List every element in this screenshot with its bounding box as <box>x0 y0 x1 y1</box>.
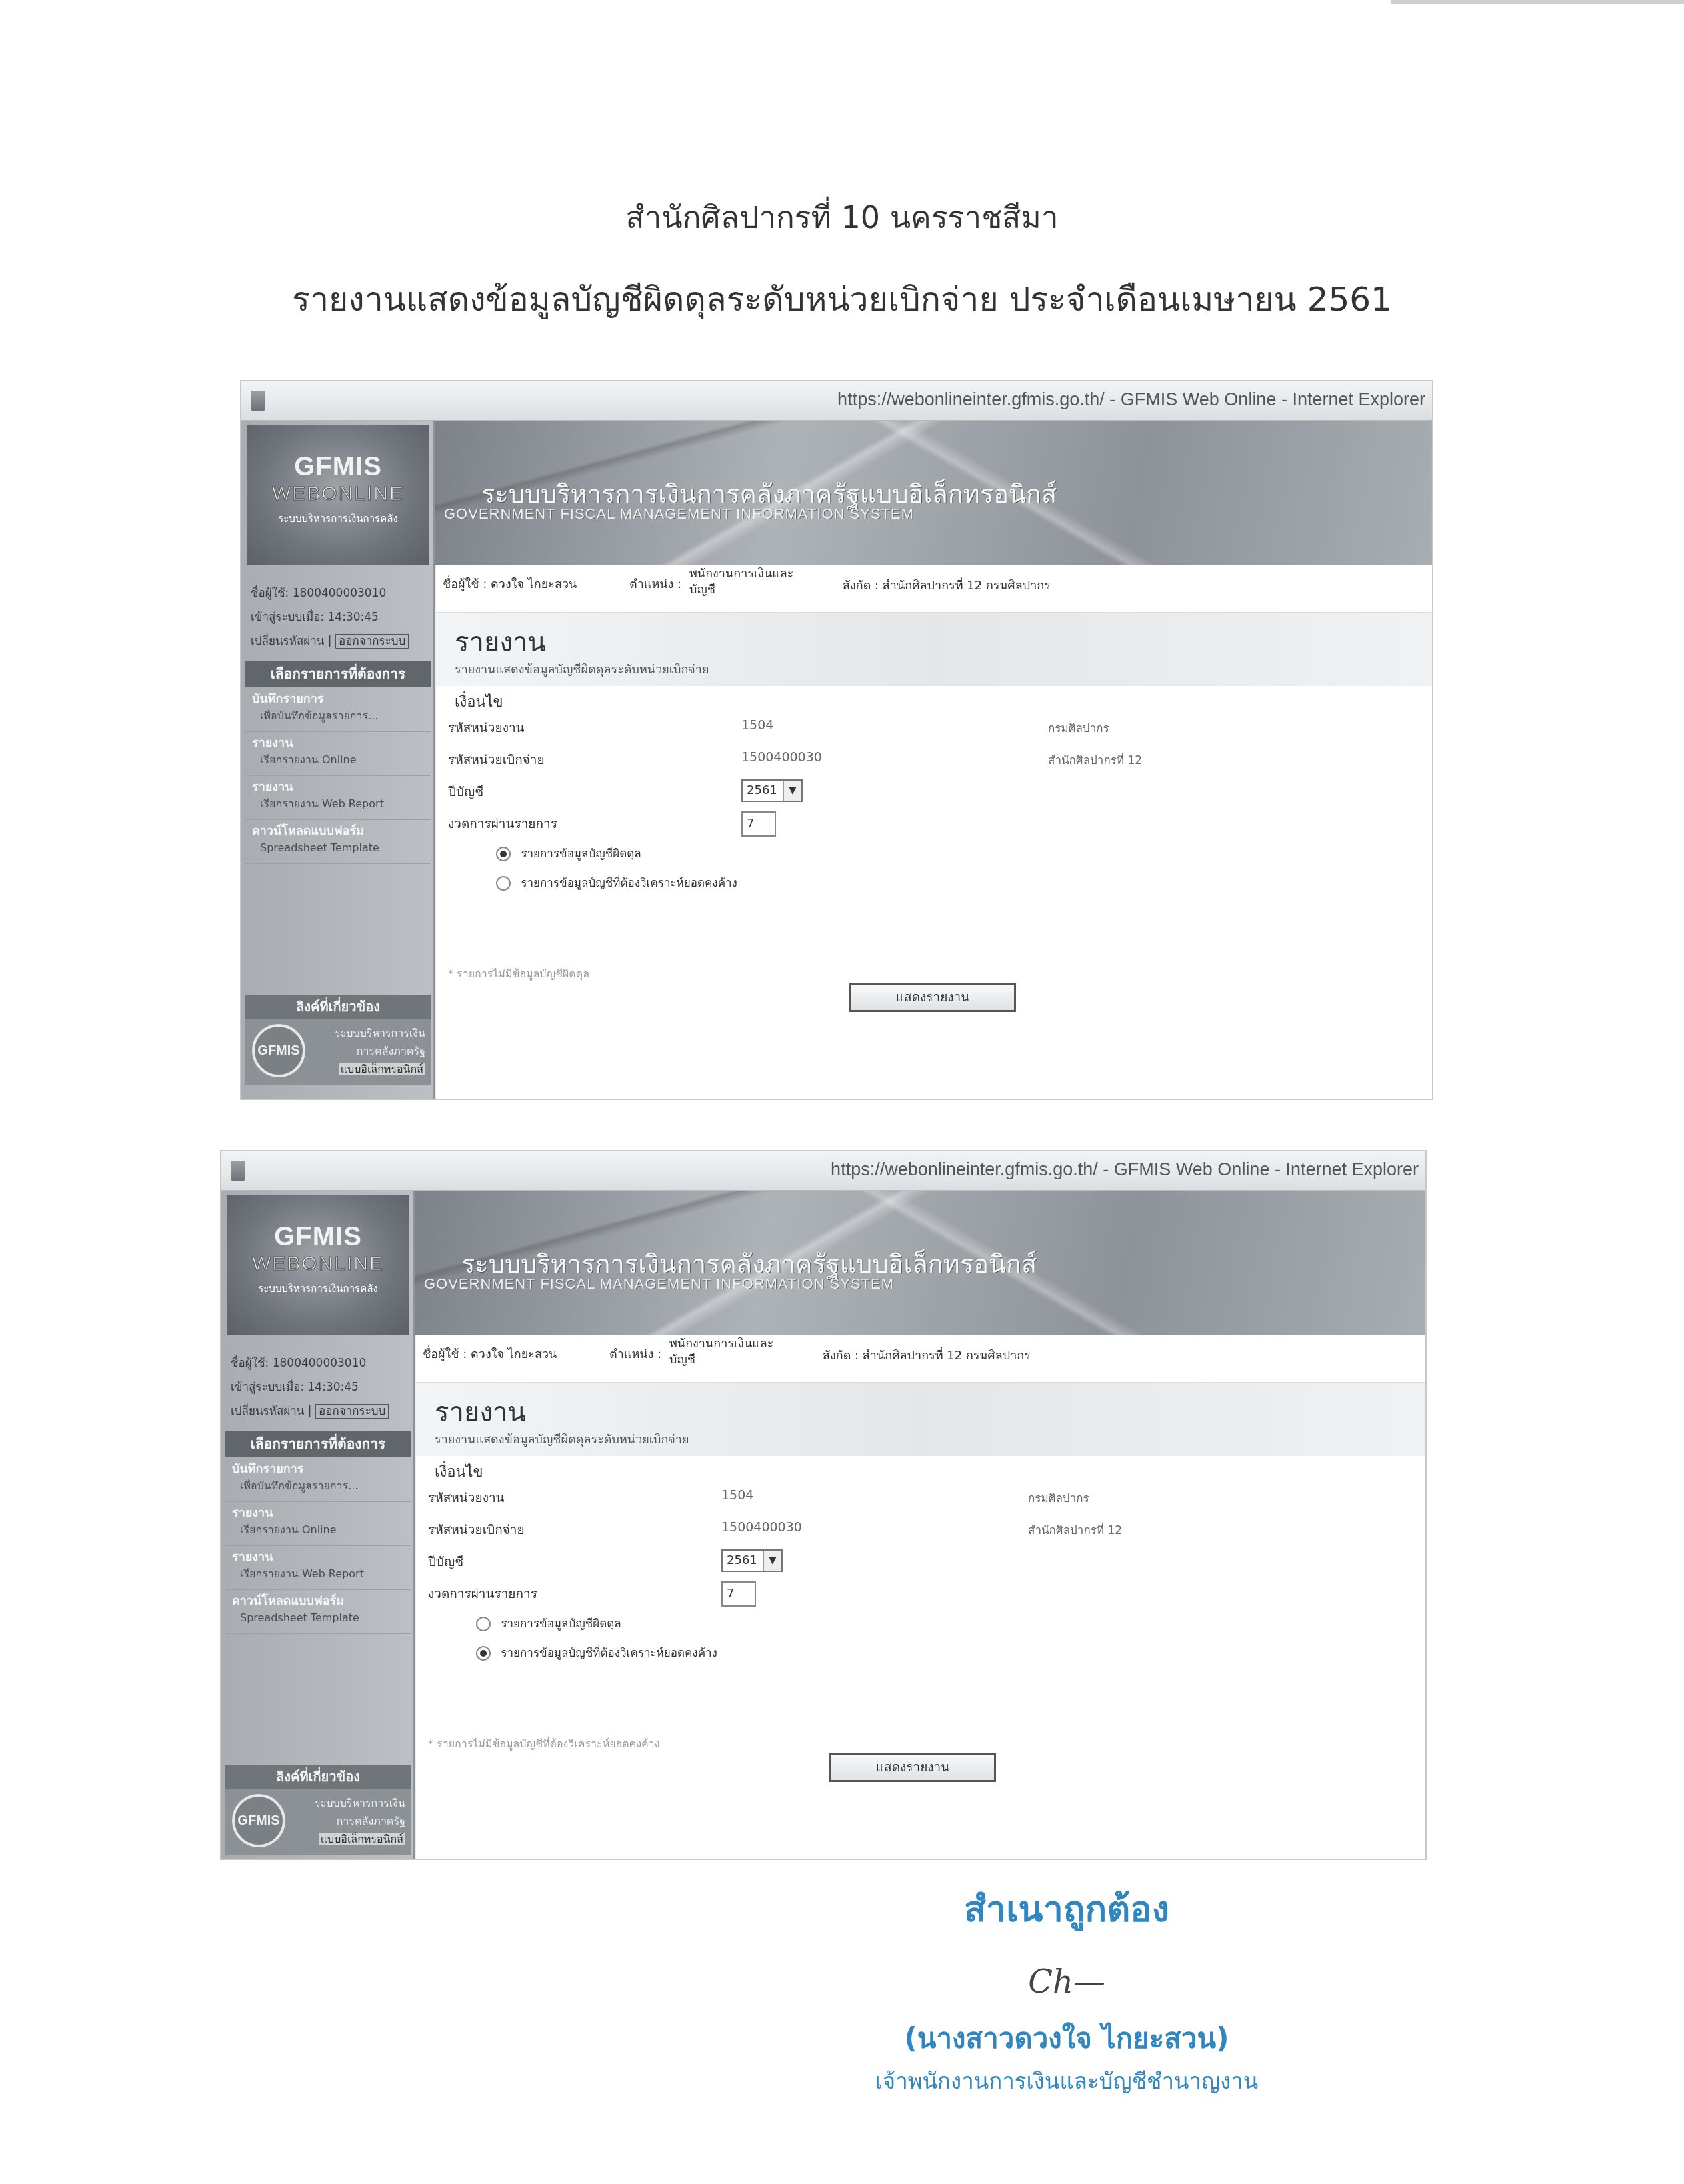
gfmis-seal-icon: GFMIS <box>232 1794 285 1847</box>
window-titlebar: https://webonlineinter.gfmis.go.th/ - GF… <box>241 381 1432 421</box>
sidebar-item-download-form[interactable]: ดาวน์โหลดแบบฟอร์ม Spreadsheet Template <box>225 1590 411 1634</box>
report-criteria-form: เงื่อนไข รหัสหน่วยงาน 1504 กรมศิลปากร รห… <box>416 1456 1425 1859</box>
radio-unbalanced-accounts[interactable]: รายการข้อมูลบัญชีผิดดุล <box>496 845 641 869</box>
related-link-gfmis[interactable]: GFMIS ระบบบริหารการเงิน การคลังภาครัฐ แบ… <box>225 1789 411 1855</box>
logout-link[interactable]: ออกจากระบบ <box>335 634 409 649</box>
radio-button[interactable] <box>496 847 511 861</box>
left-sidebar: GFMIS WEBONLINE ระบบบริหารการเงินการคลัง… <box>241 421 435 1099</box>
user-id: ชื่อผู้ใช้: 1800400003010 <box>231 1351 408 1375</box>
related-link-gfmis[interactable]: GFMIS ระบบบริหารการเงิน การคลังภาครัฐ แบ… <box>245 1019 431 1085</box>
radio-outstanding-analysis[interactable]: รายการข้อมูลบัญชีที่ต้องวิเคราะห์ยอดคงค้… <box>476 1644 717 1668</box>
system-name-english: GOVERNMENT FISCAL MANAGEMENT INFORMATION… <box>424 1275 894 1293</box>
browser-window-screenshot-2: https://webonlineinter.gfmis.go.th/ - GF… <box>220 1150 1427 1860</box>
related-links-header: ลิงค์ที่เกี่ยวข้อง <box>245 995 431 1019</box>
affiliation: สังกัด : สำนักศิลปากรที่ 12 กรมศิลปากร <box>843 575 1051 595</box>
report-criteria-form: เงื่อนไข รหัสหน่วยงาน 1504 กรมศิลปากร รห… <box>436 686 1432 1099</box>
internet-explorer-icon <box>251 391 265 411</box>
position-label: ตำแหน่ง : <box>629 574 681 593</box>
sidebar-menu: บันทึกรายการ เพื่อบันทึกข้อมูลรายการ... … <box>225 1458 411 1634</box>
document-title: สำนักศิลปากรที่ 10 นครราชสีมา <box>0 193 1684 242</box>
position-value: พนักงานการเงินและบัญชี <box>689 566 816 598</box>
agency-code-value: 1504 <box>721 1488 753 1503</box>
fiscal-year-select[interactable]: 2561 ▼ <box>741 779 803 802</box>
period-row: งวดการผ่านรายการ 7 <box>448 810 1432 837</box>
left-sidebar: GFMIS WEBONLINE ระบบบริหารการเงินการคลัง… <box>221 1191 415 1859</box>
sidebar-item-report-web[interactable]: รายงาน เรียกรายงาน Web Report <box>225 1546 411 1590</box>
internet-explorer-icon <box>231 1161 245 1181</box>
user-info-panel: ชื่อผู้ใช้: 1800400003010 เข้าสู่ระบบเมื… <box>231 1351 408 1423</box>
fiscal-year-row: ปีบัญชี 2561 ▼ <box>448 778 1432 805</box>
fiscal-year-row: ปีบัญชี 2561 ▼ <box>428 1548 1425 1575</box>
document-subtitle: รายงานแสดงข้อมูลบัญชีผิดดุลระดับหน่วยเบิ… <box>0 273 1684 326</box>
main-content: ชื่อผู้ใช้ : ดวงใจ ไกยะสวน ตำแหน่ง : พนั… <box>416 1335 1425 1859</box>
system-banner: ระบบบริหารการเงินการคลังภาครัฐแบบอิเล็กท… <box>435 421 1432 565</box>
window-titlebar: https://webonlineinter.gfmis.go.th/ - GF… <box>221 1151 1425 1191</box>
radio-outstanding-analysis[interactable]: รายการข้อมูลบัญชีที่ต้องวิเคราะห์ยอดคงค้… <box>496 874 737 898</box>
window-title: https://webonlineinter.gfmis.go.th/ - GF… <box>831 1159 1419 1180</box>
sidebar-item-download-form[interactable]: ดาวน์โหลดแบบฟอร์ม Spreadsheet Template <box>245 820 431 864</box>
change-password-link[interactable]: เปลี่ยนรหัสผ่าน <box>251 635 324 648</box>
agency-code-row: รหัสหน่วยงาน 1504 กรมศิลปากร <box>428 1484 1425 1511</box>
window-title: https://webonlineinter.gfmis.go.th/ - GF… <box>837 389 1425 410</box>
user-bar: ชื่อผู้ใช้ : ดวงใจ ไกยะสวน ตำแหน่ง : พนั… <box>436 565 1432 613</box>
gfmis-logo: GFMIS WEBONLINE ระบบบริหารการเงินการคลัง <box>227 1195 409 1335</box>
condition-label: เงื่อนไข <box>455 690 503 713</box>
page-header: รายงาน รายงานแสดงข้อมูลบัญชีผิดดุลระดับห… <box>436 613 1432 686</box>
position-value: พนักงานการเงินและบัญชี <box>669 1336 796 1368</box>
menu-header: เลือกรายการที่ต้องการ <box>225 1431 411 1457</box>
gfmis-logo: GFMIS WEBONLINE ระบบบริหารการเงินการคลัง <box>247 425 429 565</box>
disbursing-unit-row: รหัสหน่วยเบิกจ่าย 1500400030 สำนักศิลปาก… <box>448 746 1432 773</box>
sidebar-item-report-online[interactable]: รายงาน เรียกรายงาน Online <box>245 732 431 776</box>
signer-name: (นางสาวดวงใจ ไกยะสวน) <box>833 2017 1300 2061</box>
period-input[interactable]: 7 <box>741 811 776 837</box>
user-name: ชื่อผู้ใช้ : ดวงใจ ไกยะสวน <box>443 574 577 593</box>
radio-button[interactable] <box>476 1646 491 1661</box>
user-name: ชื่อผู้ใช้ : ดวงใจ ไกยะสวน <box>423 1344 557 1363</box>
show-report-button[interactable]: แสดงรายงาน <box>849 983 1016 1012</box>
sidebar-menu: บันทึกรายการ เพื่อบันทึกข้อมูลรายการ... … <box>245 688 431 864</box>
disbursing-unit-name: สำนักศิลปากรที่ 12 <box>1028 1521 1122 1539</box>
affiliation: สังกัด : สำนักศิลปากรที่ 12 กรมศิลปากร <box>823 1345 1031 1365</box>
user-id: ชื่อผู้ใช้: 1800400003010 <box>251 581 428 605</box>
system-name-english: GOVERNMENT FISCAL MANAGEMENT INFORMATION… <box>444 505 914 523</box>
page-title: รายงาน <box>435 1391 526 1433</box>
gfmis-seal-icon: GFMIS <box>252 1024 305 1077</box>
disbursing-unit-row: รหัสหน่วยเบิกจ่าย 1500400030 สำนักศิลปาก… <box>428 1516 1425 1543</box>
menu-header: เลือกรายการที่ต้องการ <box>245 661 431 687</box>
login-time: เข้าสู่ระบบเมื่อ: 14:30:45 <box>231 1375 408 1399</box>
agency-code-value: 1504 <box>741 718 773 733</box>
certified-copy-stamp: สำเนาถูกต้อง <box>833 1880 1300 1937</box>
no-data-note: * รายการไม่มีข้อมูลบัญชีผิดดุล <box>448 966 589 983</box>
sidebar-item-report-online[interactable]: รายงาน เรียกรายงาน Online <box>225 1502 411 1546</box>
chevron-down-icon: ▼ <box>783 781 801 801</box>
radio-unbalanced-accounts[interactable]: รายการข้อมูลบัญชีผิดดุล <box>476 1615 621 1639</box>
page-subtitle: รายงานแสดงข้อมูลบัญชีผิดดุลระดับหน่วยเบิ… <box>435 1429 689 1449</box>
change-password-link[interactable]: เปลี่ยนรหัสผ่าน <box>231 1405 304 1418</box>
disbursing-unit-value: 1500400030 <box>741 750 822 765</box>
related-links-header: ลิงค์ที่เกี่ยวข้อง <box>225 1765 411 1789</box>
signature: Ch— <box>833 1963 1300 2001</box>
sidebar-item-record[interactable]: บันทึกรายการ เพื่อบันทึกข้อมูลรายการ... <box>245 688 431 732</box>
login-time: เข้าสู่ระบบเมื่อ: 14:30:45 <box>251 605 428 629</box>
fiscal-year-select[interactable]: 2561 ▼ <box>721 1549 783 1572</box>
scan-edge-mark <box>1391 0 1684 4</box>
page-header: รายงาน รายงานแสดงข้อมูลบัญชีผิดดุลระดับห… <box>416 1383 1425 1456</box>
condition-label: เงื่อนไข <box>435 1460 483 1483</box>
sidebar-item-report-web[interactable]: รายงาน เรียกรายงาน Web Report <box>245 776 431 820</box>
sidebar-item-record[interactable]: บันทึกรายการ เพื่อบันทึกข้อมูลรายการ... <box>225 1458 411 1502</box>
chevron-down-icon: ▼ <box>763 1551 781 1571</box>
system-banner: ระบบบริหารการเงินการคลังภาครัฐแบบอิเล็กท… <box>415 1191 1425 1335</box>
page-subtitle: รายงานแสดงข้อมูลบัญชีผิดดุลระดับหน่วยเบิ… <box>455 659 709 679</box>
show-report-button[interactable]: แสดงรายงาน <box>829 1753 996 1782</box>
position-label: ตำแหน่ง : <box>609 1344 661 1363</box>
main-content: ชื่อผู้ใช้ : ดวงใจ ไกยะสวน ตำแหน่ง : พนั… <box>436 565 1432 1099</box>
radio-button[interactable] <box>496 876 511 891</box>
user-bar: ชื่อผู้ใช้ : ดวงใจ ไกยะสวน ตำแหน่ง : พนั… <box>416 1335 1425 1383</box>
logout-link[interactable]: ออกจากระบบ <box>315 1404 389 1419</box>
radio-button[interactable] <box>476 1617 491 1631</box>
page-title: รายงาน <box>455 621 546 663</box>
agency-name: กรมศิลปากร <box>1048 719 1109 737</box>
signer-position: เจ้าพนักงานการเงินและบัญชีชำนาญงาน <box>833 2063 1300 2099</box>
disbursing-unit-value: 1500400030 <box>721 1520 802 1535</box>
user-info-panel: ชื่อผู้ใช้: 1800400003010 เข้าสู่ระบบเมื… <box>251 581 428 653</box>
browser-window-screenshot-1: https://webonlineinter.gfmis.go.th/ - GF… <box>240 380 1433 1100</box>
no-data-note: * รายการไม่มีข้อมูลบัญชีที่ต้องวิเคราะห์… <box>428 1736 660 1753</box>
agency-code-row: รหัสหน่วยงาน 1504 กรมศิลปากร <box>448 714 1432 741</box>
period-input[interactable]: 7 <box>721 1581 756 1607</box>
disbursing-unit-name: สำนักศิลปากรที่ 12 <box>1048 751 1142 769</box>
period-row: งวดการผ่านรายการ 7 <box>428 1580 1425 1607</box>
agency-name: กรมศิลปากร <box>1028 1489 1089 1507</box>
